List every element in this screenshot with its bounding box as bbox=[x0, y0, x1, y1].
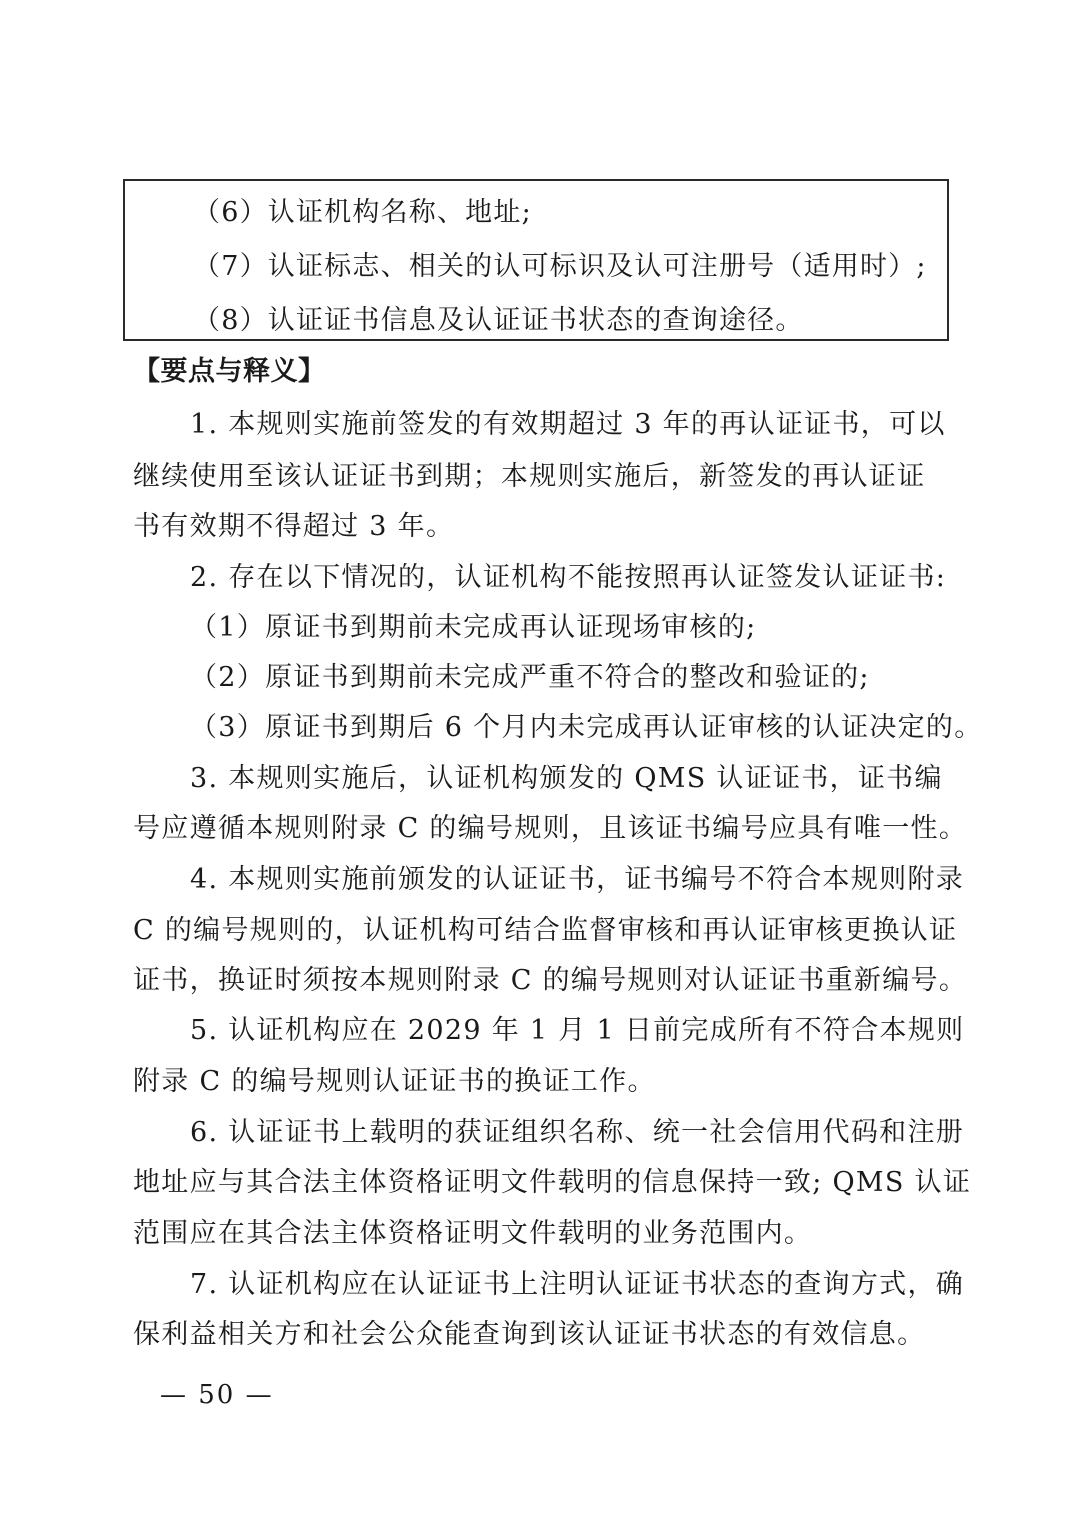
point-2-line-1: 2. 存在以下情况的，认证机构不能按照再认证签发认证证书: bbox=[190, 563, 1000, 593]
point-4-line-2: C 的编号规则的，认证机构可结合监督审核和再认证审核更换认证 bbox=[133, 916, 943, 946]
page-number: — 50 — bbox=[160, 1380, 274, 1410]
point-6-line-3: 范围应在其合法主体资格证明文件载明的业务范围内。 bbox=[133, 1219, 943, 1249]
point-2-sub-1: （1）原证书到期前未完成再认证现场审核的; bbox=[190, 613, 1000, 643]
point-1-line-2: 继续使用至该认证证书到期；本规则实施后，新签发的再认证证 bbox=[133, 462, 943, 492]
point-5-line-1: 5. 认证机构应在 2029 年 1 月 1 日前完成所有不符合本规则 bbox=[190, 1016, 1000, 1046]
point-1-line-1: 1. 本规则实施前签发的有效期超过 3 年的再认证证书，可以 bbox=[190, 410, 1000, 440]
point-4-line-1: 4. 本规则实施前颁发的认证证书，证书编号不符合本规则附录 bbox=[190, 865, 1000, 895]
clause-item-7: （7）认证标志、相关的认可标识及认可注册号（适用时）; bbox=[193, 252, 927, 282]
point-2-sub-2: （2）原证书到期前未完成严重不符合的整改和验证的; bbox=[190, 663, 1000, 693]
point-4-line-3: 证书，换证时须按本规则附录 C 的编号规则对认证证书重新编号。 bbox=[133, 966, 943, 996]
boxed-clause: （6）认证机构名称、地址; （7）认证标志、相关的认可标识及认可注册号（适用时）… bbox=[123, 179, 949, 341]
point-3-line-2: 号应遵循本规则附录 C 的编号规则，且该证书编号应具有唯一性。 bbox=[133, 814, 943, 844]
point-7-line-2: 保利益相关方和社会公众能查询到该认证证书状态的有效信息。 bbox=[133, 1320, 943, 1350]
point-2-sub-3: （3）原证书到期后 6 个月内未完成再认证审核的认证决定的。 bbox=[190, 713, 1000, 743]
document-page: （6）认证机构名称、地址; （7）认证标志、相关的认可标识及认可注册号（适用时）… bbox=[0, 0, 1074, 1520]
point-6-line-2: 地址应与其合法主体资格证明文件载明的信息保持一致; QMS 认证 bbox=[133, 1168, 943, 1198]
section-heading: 【要点与释义】 bbox=[133, 357, 326, 387]
clause-item-8: （8）认证证书信息及认证证书状态的查询途径。 bbox=[193, 306, 804, 336]
clause-item-6: （6）认证机构名称、地址; bbox=[193, 198, 532, 228]
point-5-line-2: 附录 C 的编号规则认证证书的换证工作。 bbox=[133, 1067, 943, 1097]
point-3-line-1: 3. 本规则实施后，认证机构颁发的 QMS 认证证书，证书编 bbox=[190, 764, 1000, 794]
point-1-line-3: 书有效期不得超过 3 年。 bbox=[133, 512, 943, 542]
point-7-line-1: 7. 认证机构应在认证证书上注明认证证书状态的查询方式，确 bbox=[190, 1270, 1000, 1300]
point-6-line-1: 6. 认证证书上载明的获证组织名称、统一社会信用代码和注册 bbox=[190, 1118, 1000, 1148]
